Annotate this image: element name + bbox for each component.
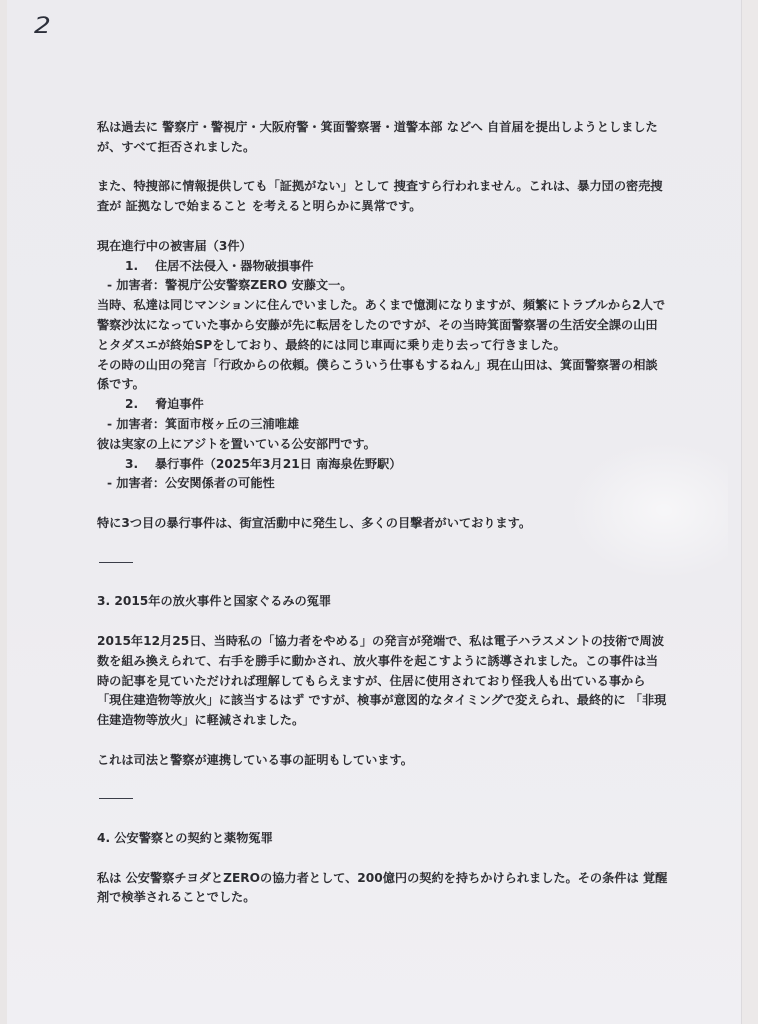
intro-paragraph-1: 私は過去に 警察庁・警視庁・大阪府警・箕面警察署・道警本部 などへ 自首届を提出… — [97, 118, 669, 158]
section-4-heading: 4. 公安警察との契約と薬物冤罪 — [97, 829, 669, 849]
report-item-2-label: 脅迫事件 — [155, 397, 204, 411]
report-item-1-label: 住居不法侵入・器物破損事件 — [155, 259, 313, 273]
report-item-1-detail-2: その時の山田の発言「行政からの依頼。僕らこういう仕事もするねん」現在山田は、箕面… — [97, 356, 669, 396]
report-item-1-perpetrator: - 加害者：警視庁公安警察ZERO 安藤文一。 — [97, 276, 669, 296]
intro-paragraph-2: また、特捜部に情報提供しても「証拠がない」として 捜査すら行われません。これは、… — [97, 177, 669, 217]
reports-heading: 現在進行中の被害届（3件） — [97, 237, 669, 257]
handwritten-page-number: 2 — [34, 14, 52, 39]
section-divider-2 — [99, 798, 133, 799]
section-3-paragraph-1: 2015年12月25日、当時私の「協力者をやめる」の発言が発端で、私は電子ハラス… — [97, 632, 669, 731]
report-item-2-detail-1: 彼は実家の上にアジトを置いている公安部門です。 — [97, 435, 669, 455]
report-item-3-title: 3.暴行事件（2025年3月21日 南海泉佐野駅） — [97, 455, 669, 475]
report-item-3-perpetrator: - 加害者：公安関係者の可能性 — [97, 474, 669, 494]
section-4-paragraph-1: 私は 公安警察チヨダとZEROの協力者として、200億円の契約を持ちかけられまし… — [97, 869, 669, 909]
report-item-1-detail-1: 当時、私達は同じマンションに住んでいました。あくまで憶測になりますが、頻繁にトラ… — [97, 296, 669, 355]
report-item-2-number: 2. — [125, 395, 155, 415]
report-item-1-number: 1. — [125, 257, 155, 277]
report-item-1-title: 1.住居不法侵入・器物破損事件 — [97, 257, 669, 277]
section-divider-1 — [99, 562, 133, 563]
report-item-3-label: 暴行事件（2025年3月21日 南海泉佐野駅） — [155, 457, 401, 471]
reports-closing: 特に3つ目の暴行事件は、街宣活動中に発生し、多くの目撃者がいております。 — [97, 514, 669, 534]
scan-right-edge — [741, 0, 758, 1024]
report-item-2-perpetrator: - 加害者：箕面市桜ヶ丘の三浦唯雄 — [97, 415, 669, 435]
section-3-paragraph-2: これは司法と警察が連携している事の証明もしています。 — [97, 751, 669, 771]
report-item-3-number: 3. — [125, 455, 155, 475]
report-item-2-title: 2.脅迫事件 — [97, 395, 669, 415]
document-body: 私は過去に 警察庁・警視庁・大阪府警・箕面警察署・道警本部 などへ 自首届を提出… — [97, 118, 669, 908]
section-3-heading: 3. 2015年の放火事件と国家ぐるみの冤罪 — [97, 592, 669, 612]
